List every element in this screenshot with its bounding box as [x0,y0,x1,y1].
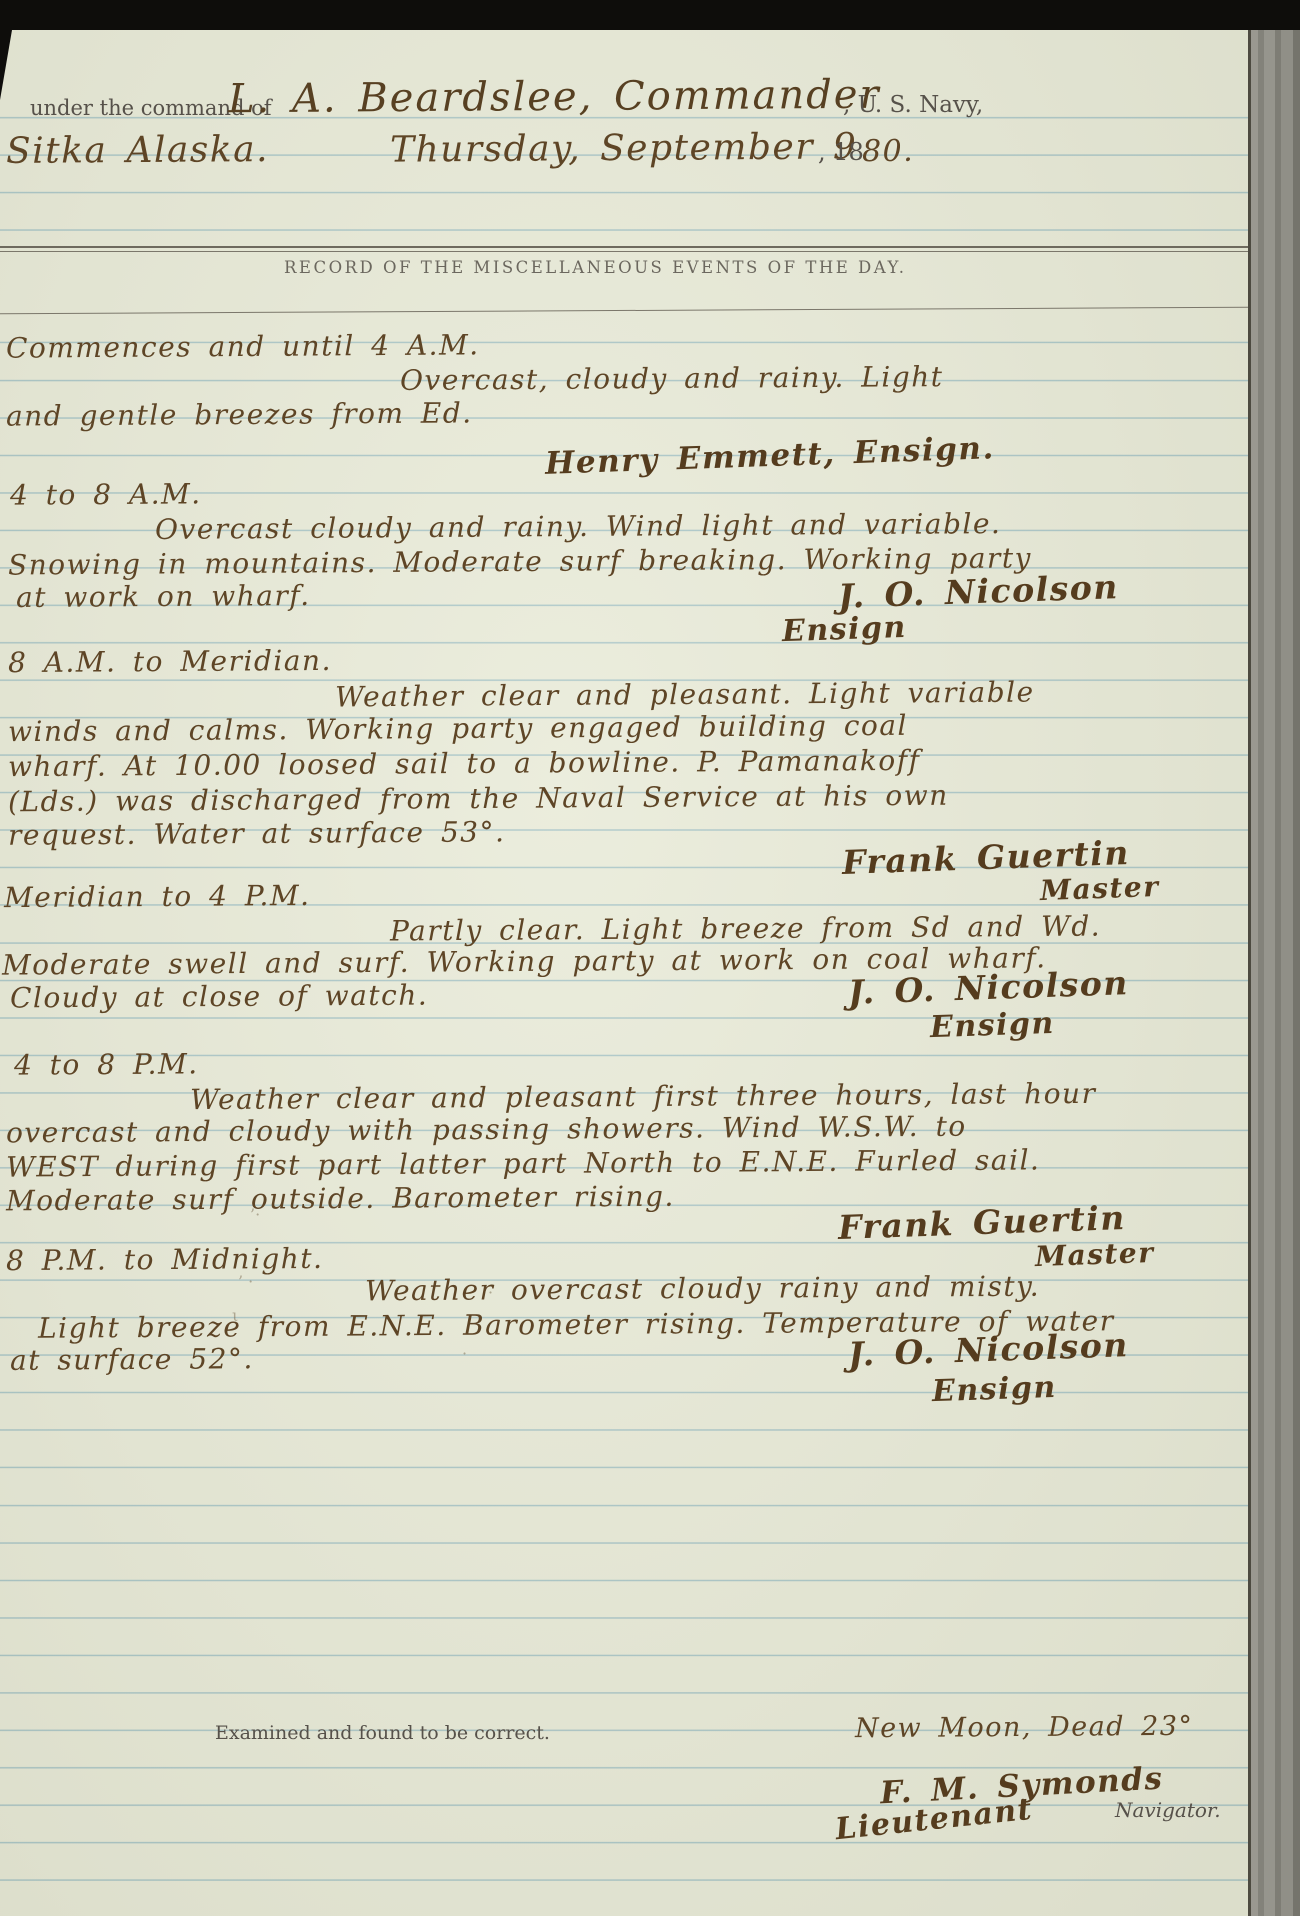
logbook-scan: { "page": { "colors": { "paper": "#e9ebd… [0,0,1300,1916]
record-title: RECORD OF THE MISCELLANEOUS EVENTS OF TH… [284,258,907,277]
log-line: winds and calms. Working party engaged b… [8,709,908,748]
examined-note: Examined and found to be correct. [215,1722,550,1744]
watch-header: 8 A.M. to Meridian. [8,644,332,679]
officer-rank: Ensign [781,610,907,649]
stray-ink-mark: ’· [250,1205,260,1224]
officer-rank: Master [1039,870,1159,907]
officer-rank: Ensign [931,1370,1057,1409]
stray-ink-mark: · [488,1283,493,1302]
log-line: Moderate surf outside. Barometer rising. [6,1180,675,1218]
log-line: Weather clear and pleasant. Light variab… [335,676,1035,714]
log-line: wharf. At 10.00 loosed sail to a bowline… [8,744,921,783]
stray-ink-mark: ι [232,1306,238,1325]
watch-header: 4 to 8 P.M. [14,1047,199,1081]
log-line: request. Water at surface 53°. [8,815,506,851]
log-line: at surface 52°. [10,1342,254,1377]
year-handwriting: 80. [862,134,914,169]
officer-rank: Master [1034,1236,1154,1273]
watch-header: Meridian to 4 P.M. [4,879,311,914]
book-page-edges [1248,30,1300,1916]
log-line: and gentle breezes from Ed. [6,396,473,432]
stray-ink-mark: ’ · [238,1272,253,1291]
printed-navy-label: , U. S. Navy, [843,92,983,118]
watch-header: Commences and until 4 A.M. [6,328,480,364]
location-handwriting: Sitka Alaska. [6,129,269,172]
moon-note-handwriting: New Moon, Dead 23° [855,1711,1194,1744]
log-line: Cloudy at close of watch. [10,979,428,1015]
date-handwriting: Thursday, September 9 [390,126,858,170]
header-double-rule-bottom [0,251,1248,252]
printed-navigator-label: Navigator. [1115,1798,1221,1822]
commander-name-handwriting: L. A. Beardslee, Commander [228,72,881,123]
printed-year-prefix: , 18 [818,138,864,166]
log-line: Weather overcast cloudy rainy and misty. [365,1270,1040,1308]
watch-header: 8 P.M. to Midnight. [6,1242,324,1277]
officer-rank: Ensign [929,1006,1055,1045]
log-line: at work on wharf. [16,579,311,614]
watch-header: 4 to 8 A.M. [10,477,202,511]
log-line: Overcast, cloudy and rainy. Light [400,360,944,397]
header-double-rule-top [0,246,1248,248]
log-line: (Lds.) was discharged from the Naval Ser… [8,779,949,819]
scan-black-margin [0,0,1300,30]
log-line: Overcast cloudy and rainy. Wind light an… [155,507,1002,546]
stray-ink-mark: · [462,1344,467,1363]
log-line: overcast and cloudy with passing showers… [6,1110,967,1150]
